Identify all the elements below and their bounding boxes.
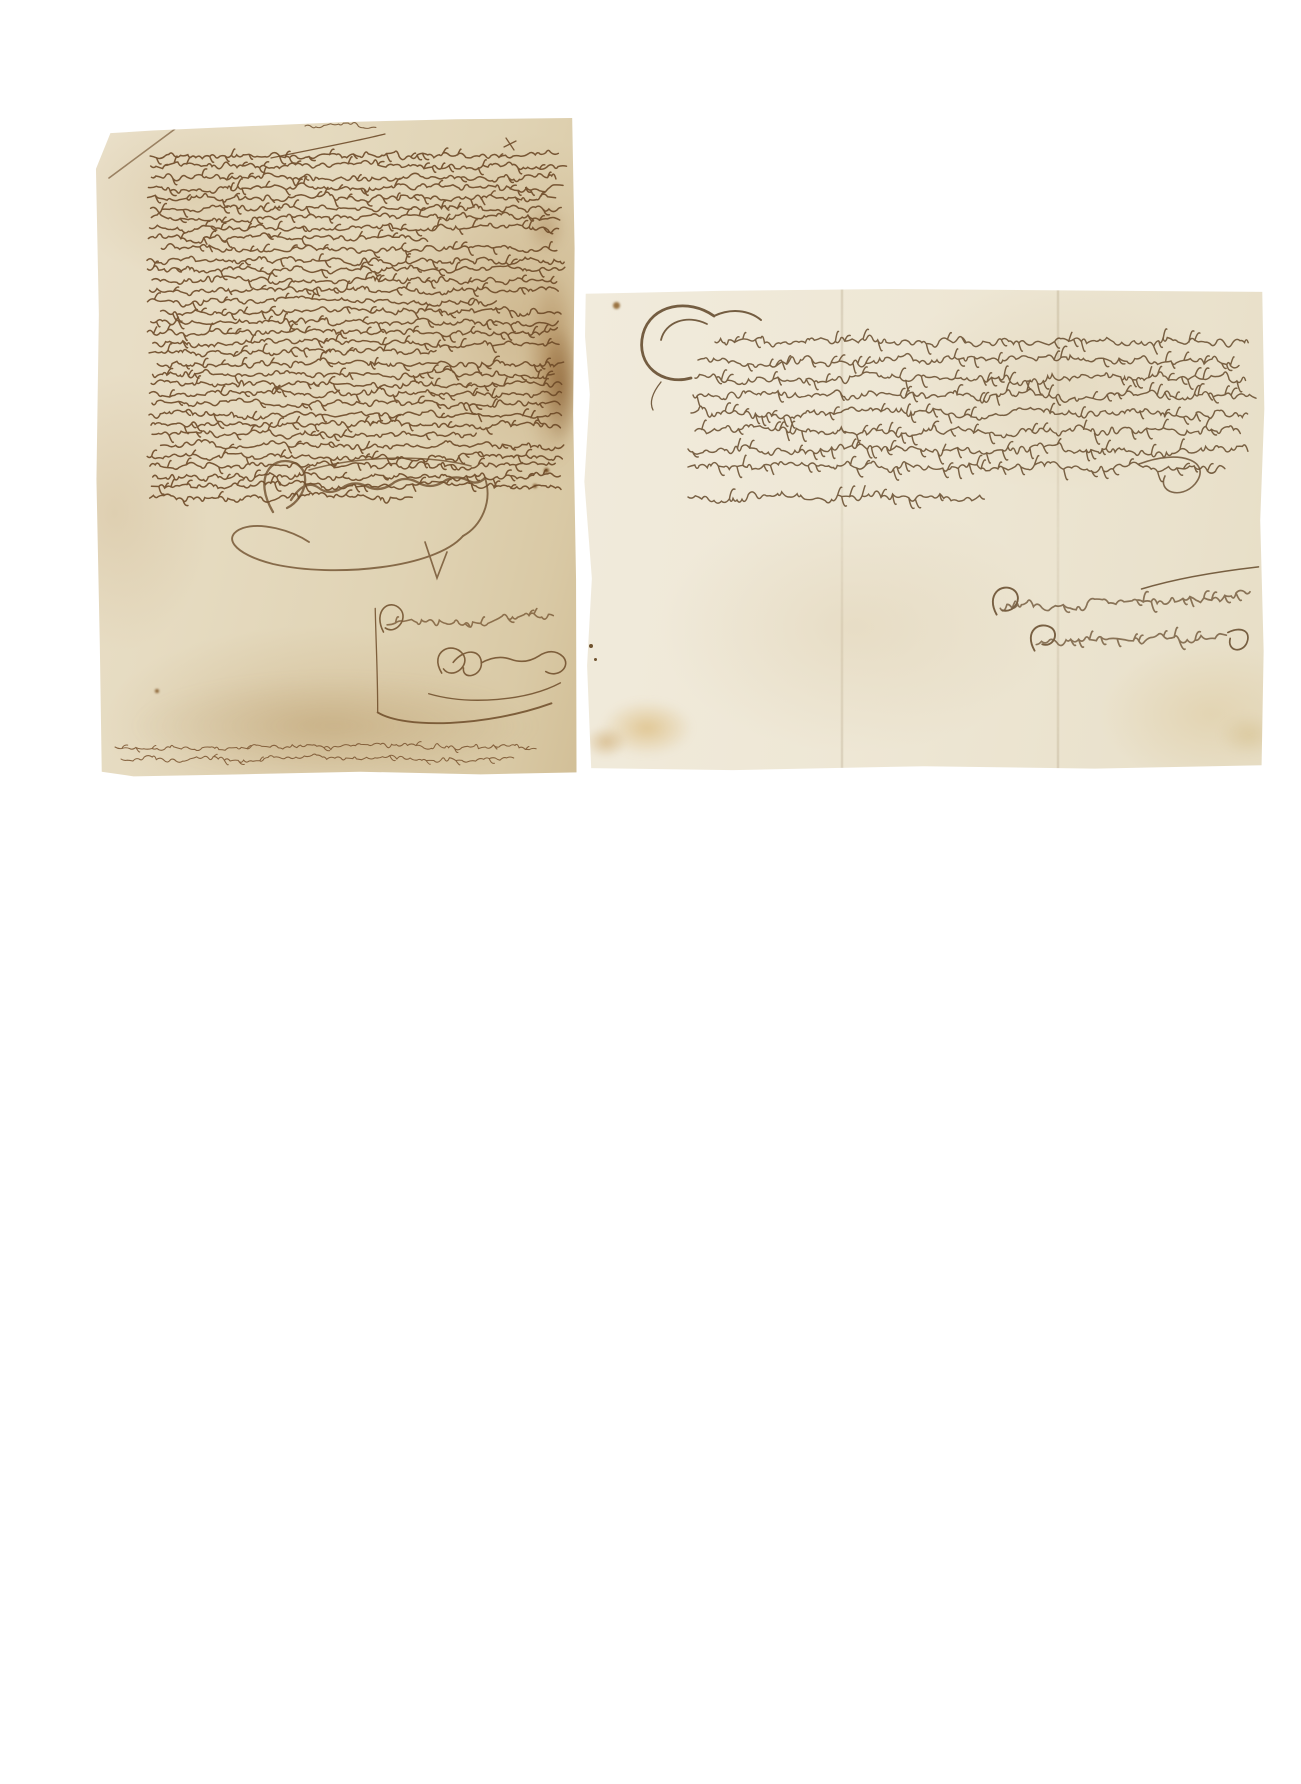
- signature-loop-2: [1030, 625, 1056, 651]
- photo-canvas: Dense handwritten manuscript page in bro…: [0, 0, 1301, 1784]
- closing-flourish: [1139, 457, 1200, 493]
- signature-descender: [463, 478, 488, 536]
- signature-block: [992, 567, 1263, 663]
- right-doc-caption: Handwritten letter in brown ink with lar…: [583, 288, 584, 289]
- signature-underline-sweep: [232, 526, 463, 570]
- handwriting-right: [583, 288, 1265, 772]
- left-doc-label: Dense handwritten manuscript page in bro…: [95, 116, 96, 117]
- countersignature-script: [387, 608, 554, 632]
- manuscript-right: Handwritten letter in brown ink with lar…: [583, 288, 1265, 772]
- initial-outer-curve: [642, 306, 714, 380]
- signature-script: [1000, 586, 1253, 659]
- flourish-bowl: [378, 703, 553, 726]
- header-inscription-script: [305, 123, 376, 129]
- cross-mark: [504, 138, 516, 150]
- rubric-scrawl: [481, 651, 566, 678]
- signature-crossbar: [1141, 567, 1260, 589]
- initial-tail: [651, 382, 661, 410]
- signature-tick: [425, 542, 447, 578]
- left-doc-caption: Dense handwritten manuscript page in bro…: [95, 116, 96, 117]
- countersignature-p-loop: [379, 604, 404, 632]
- right-doc-label: Handwritten letter in brown ink with lar…: [583, 288, 584, 289]
- body-script: [147, 148, 566, 506]
- initial-entry-stroke: [714, 311, 761, 320]
- rubric-underline: [429, 683, 562, 703]
- body-script: [688, 329, 1256, 509]
- manuscript-left: Dense handwritten manuscript page in bro…: [95, 116, 577, 777]
- handwriting-left: [95, 116, 577, 777]
- rubric-knot: [437, 647, 482, 678]
- corner-stroke: [109, 129, 175, 178]
- initial-inner-curve: [661, 320, 707, 340]
- long-pen-stroke: [372, 608, 380, 712]
- foot-annotation-script: [115, 742, 536, 765]
- signature-terminal: [1228, 629, 1249, 650]
- countersignature-block: [372, 596, 568, 727]
